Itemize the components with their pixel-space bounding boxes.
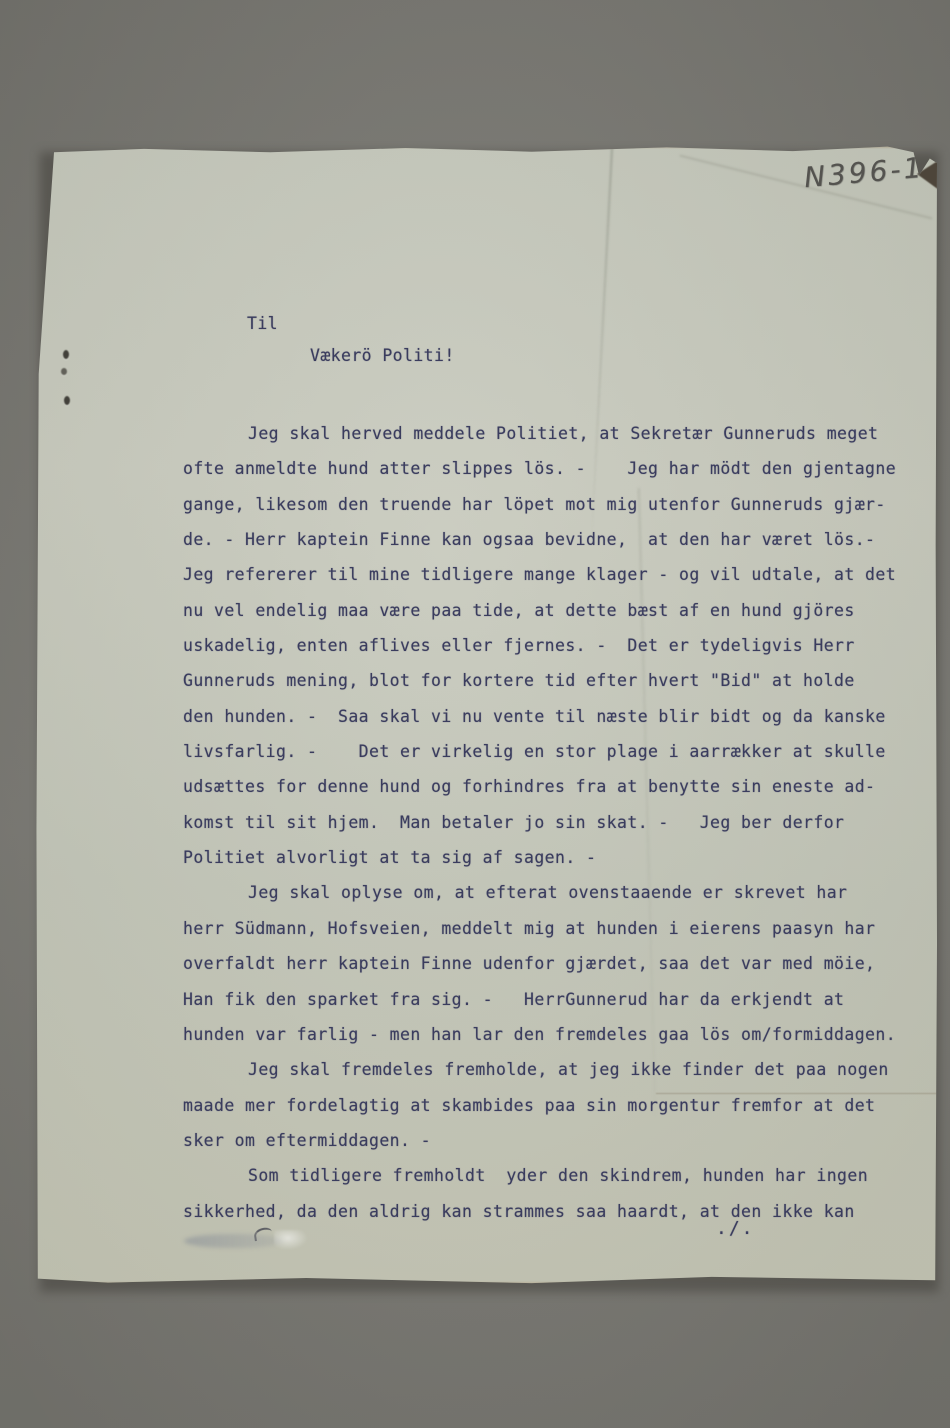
letter-body: Jeg skal herved meddele Politiet, at Sek… bbox=[183, 416, 923, 1229]
letter-line: livsfarlig. - Det er virkelig en stor pl… bbox=[183, 734, 923, 769]
letter-line: Jeg skal fremdeles fremholde, at jeg ikk… bbox=[183, 1052, 923, 1087]
letter-line: Gunneruds mening, blot for kortere tid e… bbox=[183, 663, 923, 698]
continuation-mark: ./. bbox=[716, 1218, 755, 1239]
letter-line: komst til sit hjem. Man betaler jo sin s… bbox=[183, 805, 923, 840]
letter-line: Jeg refererer til mine tidligere mange k… bbox=[183, 557, 923, 592]
punch-hole bbox=[63, 350, 69, 359]
letter-line: maade mer fordelagtig at skambides paa s… bbox=[183, 1088, 923, 1123]
punch-hole bbox=[64, 396, 70, 405]
paper-flake bbox=[274, 1230, 308, 1250]
letter-line: ofte anmeldte hund atter slippes lös. - … bbox=[183, 451, 923, 486]
letter-line: hunden var farlig - men han lar den frem… bbox=[183, 1017, 923, 1052]
letter-line: gange, likesom den truende har löpet mot… bbox=[183, 487, 923, 522]
recipient-name: Vækerö Politi! bbox=[310, 346, 455, 365]
letter-line: uskadelig, enten aflives eller fjernes. … bbox=[183, 628, 923, 663]
letter-line: udsættes for denne hund og forhindres fr… bbox=[183, 769, 923, 804]
letter-line: den hunden. - Saa skal vi nu vente til n… bbox=[183, 699, 923, 734]
letter-line: nu vel endelig maa være paa tide, at det… bbox=[183, 593, 923, 628]
letter-line: herr Südmann, Hofsveien, meddelt mig at … bbox=[183, 911, 923, 946]
letter-line: de. - Herr kaptein Finne kan ogsaa bevid… bbox=[183, 522, 923, 557]
letter-line: Jeg skal oplyse om, at efterat ovenstaae… bbox=[183, 875, 923, 910]
letter-line: Han fik den sparket fra sig. - HerrGunne… bbox=[183, 982, 923, 1017]
letter-page: N396-1 Til Vækerö Politi! Jeg skal herve… bbox=[36, 146, 937, 1286]
letter-line: Jeg skal herved meddele Politiet, at Sek… bbox=[183, 416, 923, 451]
punch-hole bbox=[61, 368, 67, 375]
pencil-squiggle bbox=[253, 1227, 272, 1241]
letter-line: Som tidligere fremholdt yder den skindre… bbox=[183, 1158, 923, 1193]
letter-line: Politiet alvorligt at ta sig af sagen. - bbox=[183, 840, 923, 875]
archive-number-annotation: N396-1 bbox=[803, 151, 926, 194]
letter-line: sker om eftermiddagen. - bbox=[183, 1123, 923, 1158]
letter-line: overfaldt herr kaptein Finne udenfor gjæ… bbox=[183, 946, 923, 981]
recipient-salutation: Til bbox=[247, 314, 278, 333]
letter-line: sikkerhed, da den aldrig kan strammes sa… bbox=[183, 1194, 923, 1229]
